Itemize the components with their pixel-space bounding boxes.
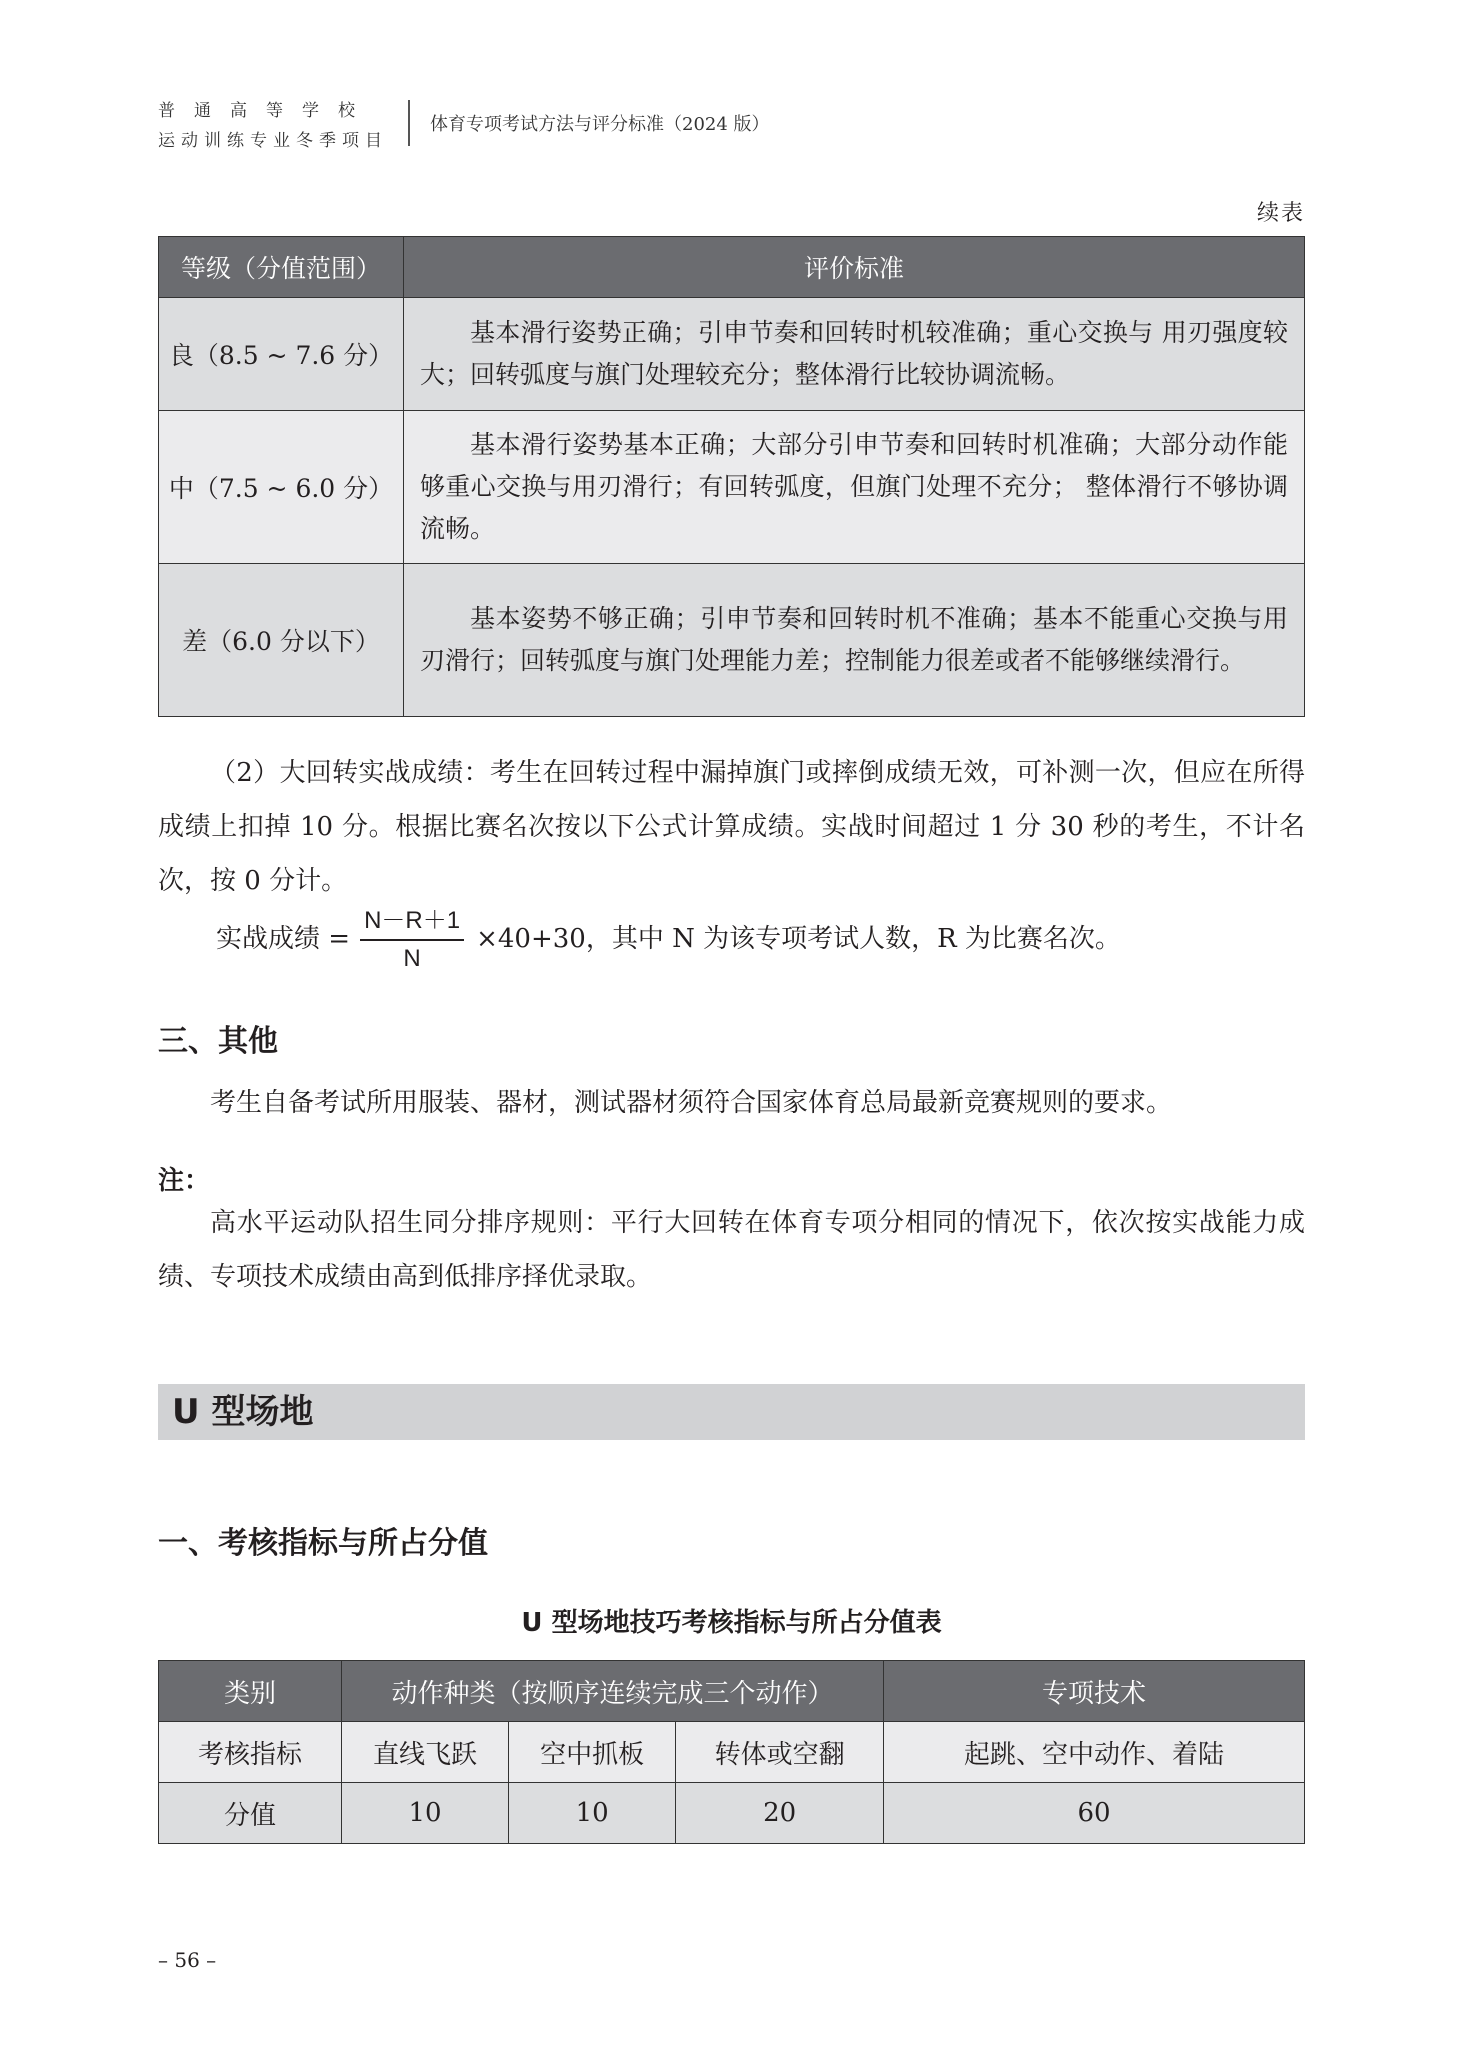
header-school-line: 普通高等学校 <box>158 96 388 126</box>
table-cell: 直线飞跃 <box>342 1722 509 1783</box>
score-formula: 实战成绩 = N－R＋1 N ×40+30，其中 N 为该专项考试人数，R 为比… <box>216 900 1121 973</box>
page-number: – 56 – <box>158 1948 216 1972</box>
table-row: 中（7.5 ~ 6.0 分） 基本滑行姿势基本正确；大部分引申节奏和回转时机准确… <box>159 411 1305 564</box>
continued-table-label: 续表 <box>1257 196 1305 227</box>
table-cell: 20 <box>676 1783 884 1844</box>
section-3-heading: 三、其他 <box>158 1016 278 1060</box>
header-criteria: 评价标准 <box>404 237 1305 298</box>
grade-level: 中（7.5 ~ 6.0 分） <box>159 411 404 564</box>
paragraph-race-score: （2）大回转实战成绩：考生在回转过程中漏掉旗门或摔倒成绩无效，可补测一次，但应在… <box>158 746 1305 908</box>
header-book-title: 体育专项考试方法与评分标准（2024 版） <box>430 110 770 136</box>
table-cell: 60 <box>884 1783 1305 1844</box>
grade-level: 良（8.5 ~ 7.6 分） <box>159 298 404 411</box>
formula-numerator: N－R＋1 <box>360 900 464 941</box>
grade-criteria: 基本姿势不够正确；引申节奏和回转时机不准确；基本不能重心交换与用刃滑行；回转弧度… <box>404 564 1305 717</box>
formula-rhs: ×40+30，其中 N 为该专项考试人数，R 为比赛名次。 <box>476 918 1121 955</box>
note-label: 注： <box>158 1160 210 1197</box>
formula-lhs: 实战成绩 = <box>216 918 350 955</box>
header-divider <box>408 100 410 146</box>
section-banner-halfpipe: U 型场地 <box>158 1384 1305 1440</box>
header-category: 类别 <box>159 1661 342 1722</box>
score-weight-table: 类别 动作种类（按顺序连续完成三个动作） 专项技术 考核指标 直线飞跃 空中抓板… <box>158 1660 1305 1844</box>
section-1-heading: 一、考核指标与所占分值 <box>158 1518 488 1562</box>
running-header-left: 普通高等学校 运动训练专业冬季项目 <box>158 96 388 156</box>
formula-denominator: N <box>403 941 420 973</box>
table-cell: 考核指标 <box>159 1722 342 1783</box>
grade-criteria-table: 等级（分值范围） 评价标准 良（8.5 ~ 7.6 分） 基本滑行姿势正确；引申… <box>158 236 1305 717</box>
table-row: 良（8.5 ~ 7.6 分） 基本滑行姿势正确；引申节奏和回转时机较准确；重心交… <box>159 298 1305 411</box>
table-cell: 分值 <box>159 1783 342 1844</box>
table-row: 差（6.0 分以下） 基本姿势不够正确；引申节奏和回转时机不准确；基本不能重心交… <box>159 564 1305 717</box>
grade-criteria: 基本滑行姿势基本正确；大部分引申节奏和回转时机准确；大部分动作能够重心交换与用刃… <box>404 411 1305 564</box>
grade-level: 差（6.0 分以下） <box>159 564 404 717</box>
header-program-line: 运动训练专业冬季项目 <box>158 126 388 156</box>
table-cell: 转体或空翻 <box>676 1722 884 1783</box>
grade-criteria: 基本滑行姿势正确；引申节奏和回转时机较准确；重心交换与 用刃强度较大；回转弧度与… <box>404 298 1305 411</box>
formula-fraction: N－R＋1 N <box>360 900 464 973</box>
table-header-row: 类别 动作种类（按顺序连续完成三个动作） 专项技术 <box>159 1661 1305 1722</box>
table-row: 分值 10 10 20 60 <box>159 1783 1305 1844</box>
score-table-caption: U 型场地技巧考核指标与所占分值表 <box>158 1602 1305 1639</box>
note-body: 高水平运动队招生同分排序规则：平行大回转在体育专项分相同的情况下，依次按实战能力… <box>158 1196 1305 1304</box>
header-grade: 等级（分值范围） <box>159 237 404 298</box>
table-cell: 起跳、空中动作、着陆 <box>884 1722 1305 1783</box>
section-3-body: 考生自备考试所用服装、器材，测试器材须符合国家体育总局最新竞赛规则的要求。 <box>158 1076 1305 1130</box>
table-cell: 10 <box>509 1783 676 1844</box>
header-action-types: 动作种类（按顺序连续完成三个动作） <box>342 1661 884 1722</box>
table-cell: 空中抓板 <box>509 1722 676 1783</box>
table-cell: 10 <box>342 1783 509 1844</box>
table-row: 考核指标 直线飞跃 空中抓板 转体或空翻 起跳、空中动作、着陆 <box>159 1722 1305 1783</box>
header-special-technique: 专项技术 <box>884 1661 1305 1722</box>
table-header-row: 等级（分值范围） 评价标准 <box>159 237 1305 298</box>
